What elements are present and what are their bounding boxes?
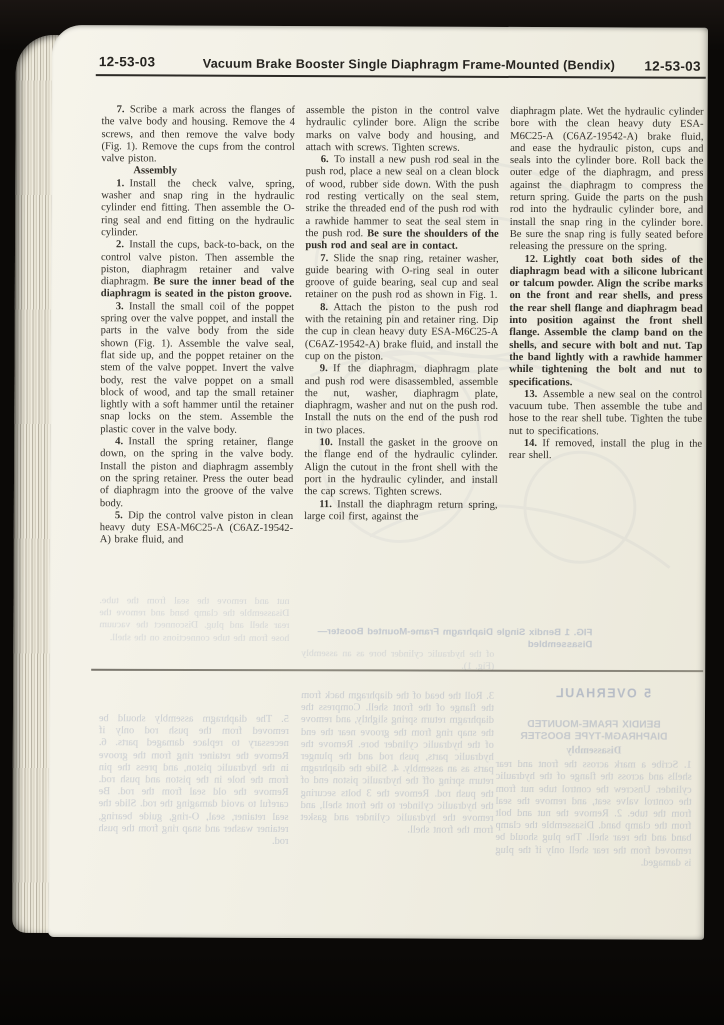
step-number: 4.: [115, 436, 123, 447]
step-paragraph: 13. Assemble a new seal on the control v…: [509, 389, 703, 439]
step-number: 8.: [320, 302, 328, 313]
step-number: 13.: [524, 389, 537, 400]
bleedthrough-section-title-line1: BENDIX FRAME-MOUNTED: [496, 719, 692, 731]
step-number: 11.: [319, 499, 332, 510]
step-paragraph: 14. If removed, install the plug in the …: [509, 438, 702, 463]
step-paragraph: 11. Install the diaphragm return spring,…: [304, 499, 497, 524]
text-column-3: diaphragm plate. Wet the hydraulic cylin…: [508, 106, 703, 550]
step-paragraph: 6. To install a new push rod seal in the…: [305, 154, 499, 253]
step-paragraph: 7. Slide the snap ring, retainer washer,…: [305, 253, 499, 303]
assembly-subheading: Assembly: [101, 166, 294, 179]
step-number: 7.: [117, 104, 125, 115]
step-number: 5.: [115, 510, 123, 521]
text-columns: 7. Scribe a mark across the flanges of t…: [100, 104, 704, 549]
section-code-right: 12-53-03: [644, 59, 701, 74]
step-paragraph: 7. Scribe a mark across the flanges of t…: [101, 104, 295, 166]
bleedthrough-section-title-line2: DIAPHRAGM-TYPE BOOSTER: [496, 730, 692, 742]
step-number: 9.: [320, 363, 328, 374]
step-number: 14.: [524, 438, 537, 449]
bleedthrough-left-column: 5. The diaphragm assembly should be remo…: [98, 713, 289, 848]
page-title: Vacuum Brake Booster Single Diaphragm Fr…: [203, 57, 611, 73]
page-sheet: 12-53-03 Vacuum Brake Booster Single Dia…: [48, 25, 708, 940]
book-page: 12-53-03 Vacuum Brake Booster Single Dia…: [12, 25, 712, 940]
step-paragraph: 3. Install the small coil of the poppet …: [100, 301, 294, 437]
section-code-left: 12-53-03: [99, 54, 156, 69]
step-paragraph: 2. Install the cups, back-to-back, on th…: [101, 239, 295, 301]
step-paragraph: 12. Lightly coat both sides of the diaph…: [509, 254, 703, 390]
step-paragraph: 4. Install the spring retainer, flange d…: [100, 436, 294, 511]
step-number: 3.: [116, 301, 124, 312]
step-paragraph: 5. Dip the control valve piston in clean…: [100, 510, 293, 548]
bleedthrough-right-column-text: 1. Scribe a mark across the front and re…: [495, 759, 691, 870]
step-number: 7.: [320, 253, 328, 264]
step-number: 2.: [116, 239, 124, 250]
page-header: 12-53-03 Vacuum Brake Booster Single Dia…: [99, 54, 703, 77]
bleedthrough-disassembly-subheading: Disassembly: [496, 745, 692, 758]
continued-paragraph: diaphragm plate. Wet the hydraulic cylin…: [510, 106, 704, 254]
text-column-2: assemble the piston in the control valve…: [304, 105, 499, 549]
bleedthrough-overhaul-heading: 5 OVERHAUL: [496, 687, 651, 700]
step-number: 1.: [116, 178, 124, 189]
bleedthrough-left-fragments: nut and remove the seal from the tube. D…: [99, 595, 289, 645]
bleedthrough-right-column: BENDIX FRAME-MOUNTED DIAPHRAGM-TYPE BOOS…: [495, 719, 692, 870]
step-number: 10.: [319, 437, 332, 448]
bleedthrough-middle-column: 3. Roll the bead of the diaphragm back f…: [300, 690, 494, 837]
step-paragraph: 9. If the diaphragm, diaphragm plate and…: [305, 363, 499, 438]
step-number: 6.: [321, 154, 329, 165]
step-number: 12.: [525, 254, 538, 265]
continued-paragraph: assemble the piston in the control valve…: [306, 105, 500, 155]
scanned-book-photo: { "header": { "left_code": "12-53-03", "…: [0, 0, 724, 1025]
text-column-1: 7. Scribe a mark across the flanges of t…: [100, 104, 295, 548]
step-paragraph: 10. Install the gasket in the groove on …: [304, 437, 498, 499]
step-paragraph: 1. Install the check valve, spring, wash…: [101, 178, 295, 240]
step-paragraph: 8. Attach the piston to the push rod wit…: [305, 302, 499, 364]
